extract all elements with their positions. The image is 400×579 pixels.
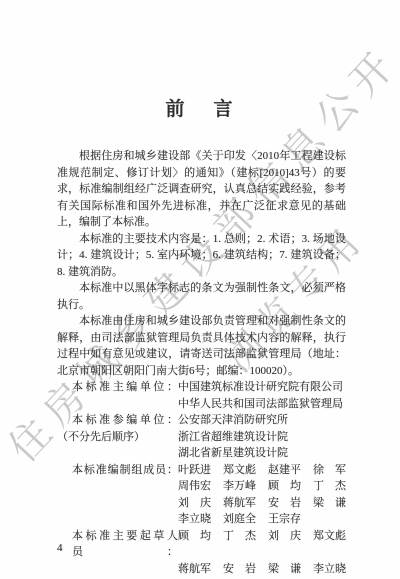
chief-editor-units: 中国建筑标准设计研究院有限公司 中华人民共和国司法部监狱管理局 — [178, 379, 346, 412]
member-name: 王宗存 — [268, 511, 301, 528]
foreword-content: 前 言 根据住房和城乡建设部《关于印发〈2010年工程建设标准规范制定、修订计划… — [57, 0, 346, 577]
member-name: 蒋航军 — [178, 561, 223, 578]
paragraph-2: 本标准的主要技术内容是：1. 总则；2. 术语；3. 场地设计；4. 建筑设计；… — [57, 231, 346, 281]
member-name: 徐 军 — [313, 462, 346, 479]
member-name: 蒋航军 — [223, 495, 268, 512]
member-names-row: 李立晓 刘庭全 王宗存 — [178, 511, 346, 528]
unit-name: 湖北省新星建筑设计院 — [178, 445, 346, 462]
member-names-row: 顾 均 丁 杰 刘 庆 郑文彪 — [178, 528, 346, 561]
member-name: 刘 庆 — [178, 495, 223, 512]
participating-units-row: 湖北省新星建筑设计院 — [57, 445, 346, 462]
main-drafters-row: 蒋航军 安 岩 梁 谦 李立晓 — [57, 561, 346, 578]
credits-section: 本标准主编单位： 中国建筑标准设计研究院有限公司 中华人民共和国司法部监狱管理局… — [57, 379, 346, 577]
scanned-document-page: 住房城乡建设部信息公开 浏览专用 前 言 根据住房和城乡建设部《关于印发〈201… — [0, 0, 400, 579]
spacer — [57, 511, 178, 528]
spacer — [57, 445, 178, 462]
drafting-group-row: 刘 庆 蒋航军 安 岩 梁 谦 — [57, 495, 346, 512]
page-number: 4 — [57, 542, 63, 554]
foreword-paragraphs: 根据住房和城乡建设部《关于印发〈2010年工程建设标准规范制定、修订计划〉的通知… — [57, 148, 346, 379]
member-name: 赵建平 — [268, 462, 313, 479]
paragraph-4: 本标准由住房和城乡建设部负责管理和对强制性条文的解释，由司法部监狱管理局负责具体… — [57, 313, 346, 379]
unit-name: 公安部天津消防研究所 — [178, 412, 346, 429]
spacer — [57, 495, 178, 512]
member-name: 李立晓 — [313, 561, 346, 578]
member-name: 郑文彪 — [313, 528, 346, 561]
member-name: 丁 杰 — [223, 528, 268, 561]
member-name: 顾 均 — [268, 478, 313, 495]
chief-editor-label: 本标准主编单位： — [57, 379, 178, 412]
main-drafters-label: 本标准主要起草人员： — [57, 528, 178, 561]
drafting-group-row: 李立晓 刘庭全 王宗存 — [57, 511, 346, 528]
participating-units-row: （不分先后顺序） 浙江省超维建筑设计院 — [57, 429, 346, 446]
no-order-note: （不分先后顺序） — [57, 429, 178, 446]
unit-name: 中国建筑标准设计研究院有限公司 — [178, 379, 346, 396]
member-name: 顾 均 — [178, 528, 223, 561]
member-name: 梁 谦 — [313, 495, 346, 512]
member-name: 刘庭全 — [223, 511, 268, 528]
spacer — [57, 561, 178, 578]
unit-name: 中华人民共和国司法部监狱管理局 — [178, 396, 346, 413]
member-name: 郑文彪 — [223, 462, 268, 479]
paragraph-1: 根据住房和城乡建设部《关于印发〈2010年工程建设标准规范制定、修订计划〉的通知… — [57, 148, 346, 231]
member-names-row: 叶跃进 郑文彪 赵建平 徐 军 — [178, 462, 346, 479]
member-names-row: 蒋航军 安 岩 梁 谦 李立晓 — [178, 561, 346, 578]
participating-units-row: 本标准参编单位： 公安部天津消防研究所 — [57, 412, 346, 429]
member-name: 叶跃进 — [178, 462, 223, 479]
member-name: 安 岩 — [268, 495, 313, 512]
drafting-group-row: 周伟宏 李万峰 顾 均 丁 杰 — [57, 478, 346, 495]
drafting-group-row: 本标准编制组成员： 叶跃进 郑文彪 赵建平 徐 军 — [57, 462, 346, 479]
member-name: 周伟宏 — [178, 478, 223, 495]
paragraph-3: 本标准中以黑体字标志的条文为强制性条文，必须严格执行。 — [57, 280, 346, 313]
member-name: 刘 庆 — [268, 528, 313, 561]
member-name: 丁 杰 — [313, 478, 346, 495]
chief-editor-row: 本标准主编单位： 中国建筑标准设计研究院有限公司 中华人民共和国司法部监狱管理局 — [57, 379, 346, 412]
main-drafters-row: 本标准主要起草人员： 顾 均 丁 杰 刘 庆 郑文彪 — [57, 528, 346, 561]
page-title: 前 言 — [57, 94, 346, 121]
member-names-row: 周伟宏 李万峰 顾 均 丁 杰 — [178, 478, 346, 495]
participating-units-label: 本标准参编单位： — [57, 412, 178, 429]
member-name: 李万峰 — [223, 478, 268, 495]
unit-name: 浙江省超维建筑设计院 — [178, 429, 346, 446]
drafting-group-label: 本标准编制组成员： — [57, 462, 178, 479]
member-name: 安 岩 — [223, 561, 268, 578]
member-name: 李立晓 — [178, 511, 223, 528]
spacer — [57, 478, 178, 495]
member-names-row: 刘 庆 蒋航军 安 岩 梁 谦 — [178, 495, 346, 512]
member-name: 梁 谦 — [268, 561, 313, 578]
